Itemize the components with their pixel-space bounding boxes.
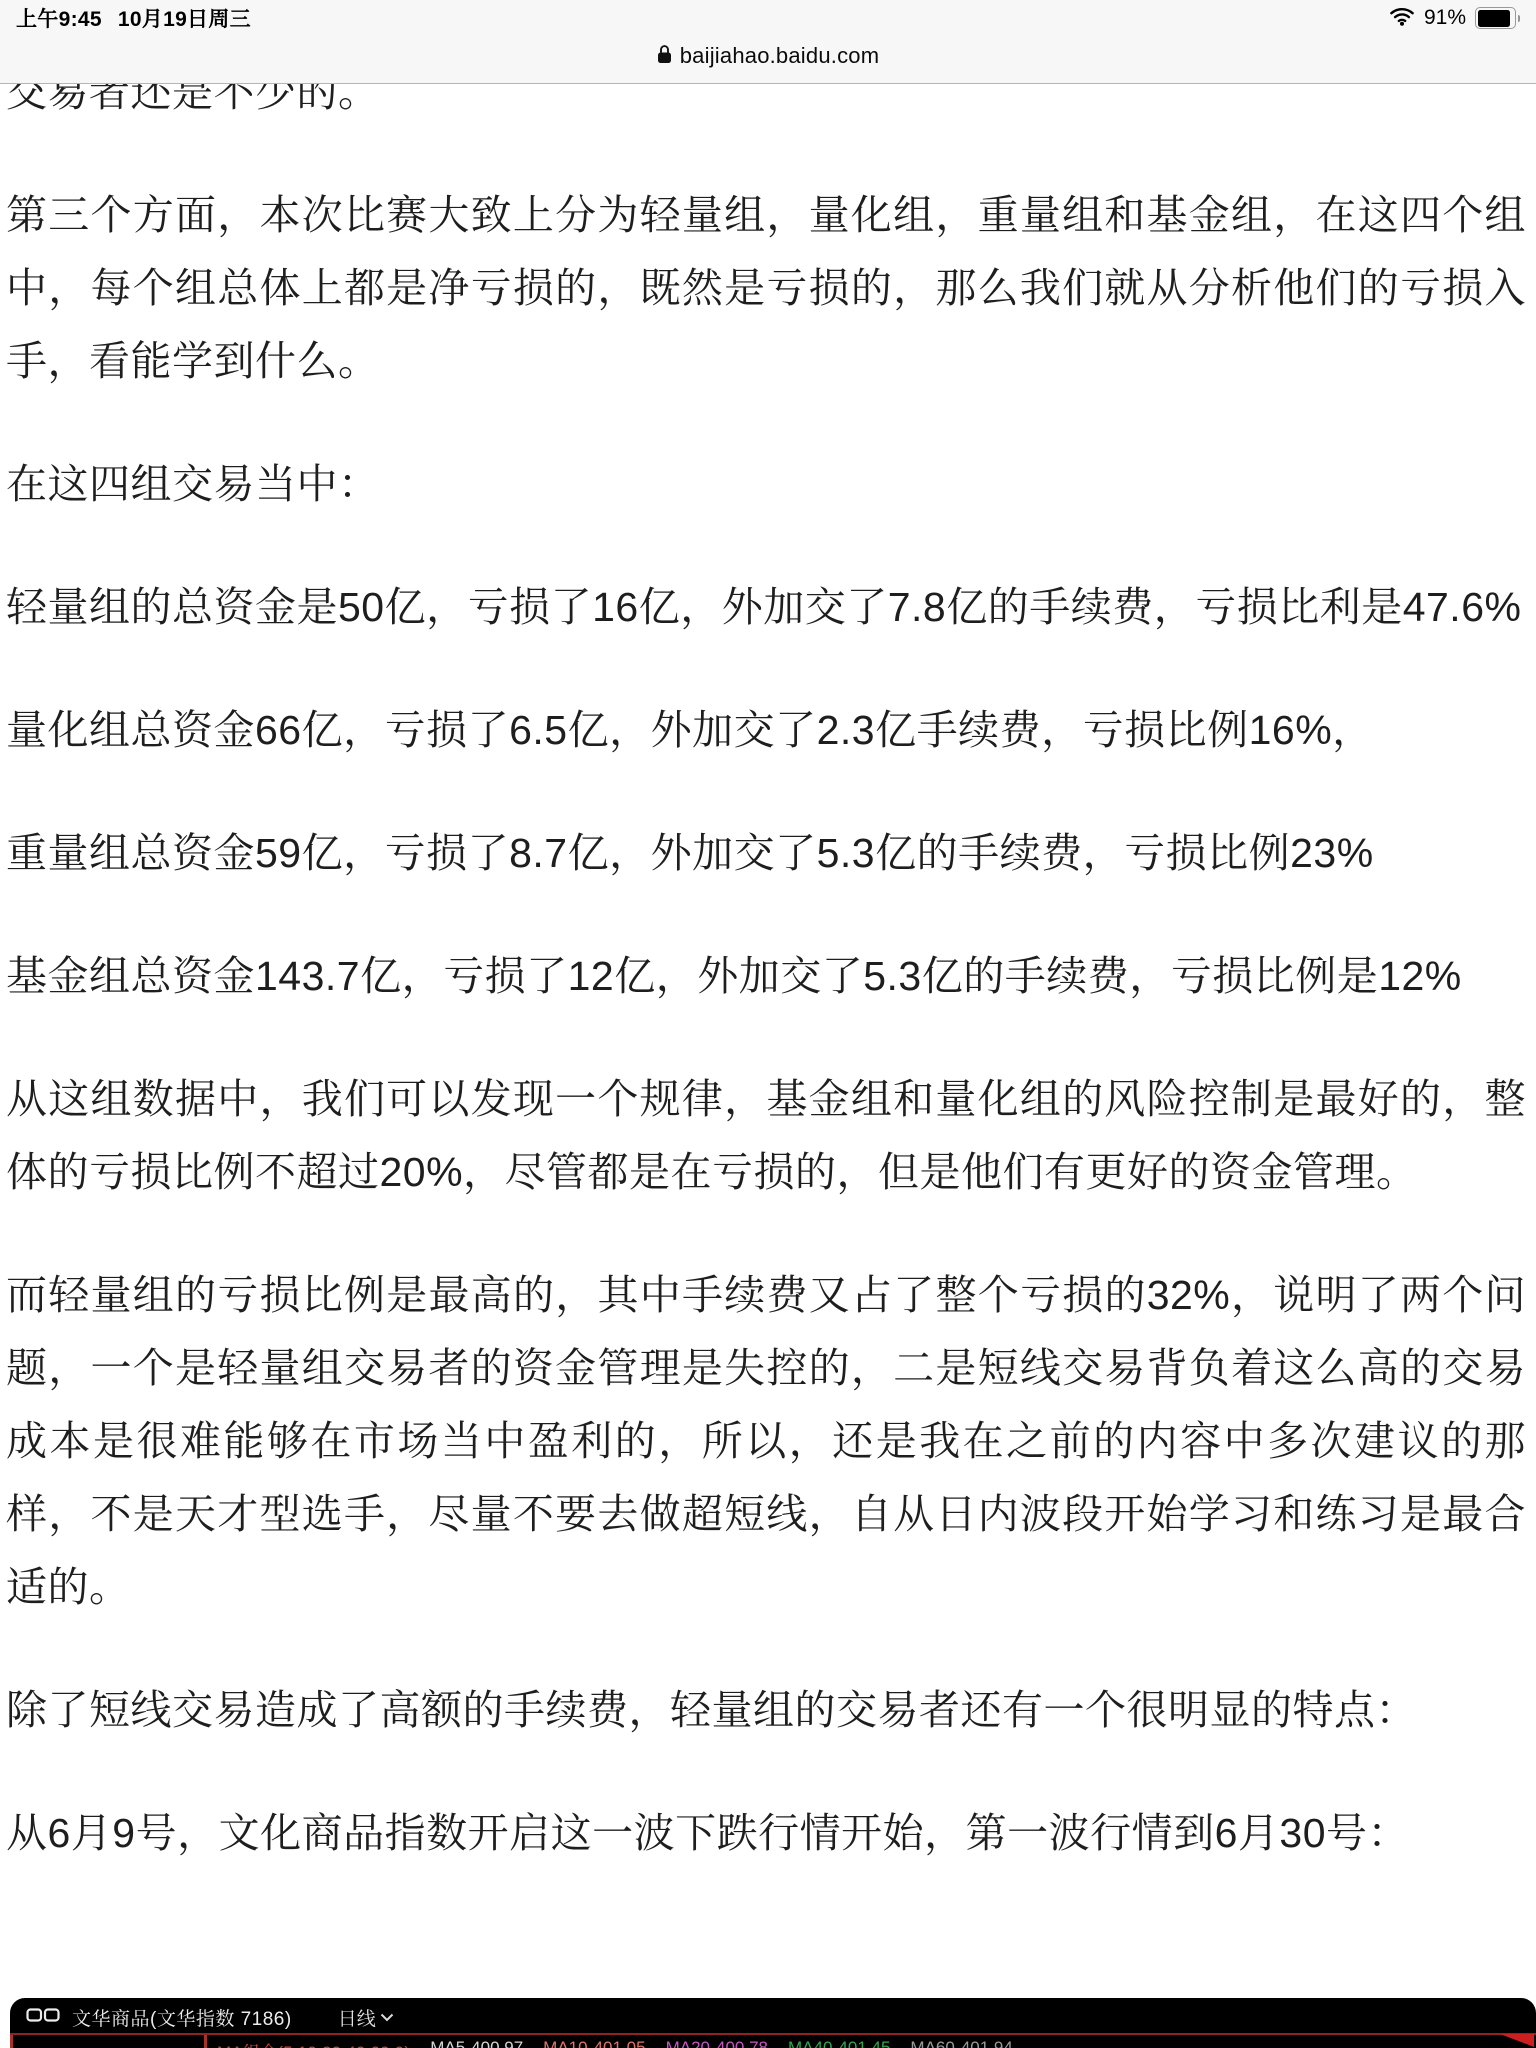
article-paragraph: 除了短线交易造成了高额的手续费，轻量组的交易者还有一个很明显的特点： xyxy=(6,1674,1526,1747)
safari-browser-page: 上午9:45 10月19日周三 91% xyxy=(0,0,1536,2048)
wifi-icon xyxy=(1389,6,1415,31)
ma-value: MA5400.97 xyxy=(430,2038,523,2048)
status-bar: 上午9:45 10月19日周三 91% xyxy=(0,0,1536,30)
chart-instrument-title: 文华商品(文华指数 7186) xyxy=(72,2004,292,2031)
link-icon xyxy=(26,2007,60,2028)
chart-period-selector: 日线 xyxy=(338,2004,394,2031)
chart-ma-row: MA组合(5,10,20,40,60,0) MA5400.97 MA10401.… xyxy=(10,2035,1536,2048)
article-body: 交易者还是不少的。 第三个方面，本次比赛大致上分为轻量组，量化组，重量组和基金组… xyxy=(0,0,1536,1920)
url-bar[interactable]: baijiahao.baidu.com xyxy=(0,30,1536,82)
article-paragraph: 第三个方面，本次比赛大致上分为轻量组，量化组，重量组和基金组，在这四个组中，每个… xyxy=(6,179,1526,398)
browser-chrome: 上午9:45 10月19日周三 91% xyxy=(0,0,1536,84)
status-date: 10月19日周三 xyxy=(118,3,251,33)
article-paragraph: 基金组总资金143.7亿，亏损了12亿，外加交了5.3亿的手续费，亏损比例是12… xyxy=(6,940,1526,1013)
article-paragraph: 从这组数据中，我们可以发现一个规律，基金组和量化组的风险控制是最好的，整体的亏损… xyxy=(6,1063,1526,1209)
lock-icon xyxy=(657,44,672,69)
battery-icon xyxy=(1475,7,1520,29)
chart-widget-image[interactable]: 文华商品(文华指数 7186) 日线 MA组合(5,10,20,40,60,0)… xyxy=(10,1998,1536,2048)
article-paragraph: 量化组总资金66亿，亏损了6.5亿，外加交了2.3亿手续费，亏损比例16%， xyxy=(6,694,1526,767)
article-paragraph: 重量组总资金59亿，亏损了8.7亿，外加交了5.3亿的手续费，亏损比例23% xyxy=(6,817,1526,890)
ma-value: MA40401.45 xyxy=(788,2038,890,2048)
chart-period-label: 日线 xyxy=(338,2004,376,2031)
chart-title-row: 文华商品(文华指数 7186) 日线 xyxy=(10,1998,1536,2033)
chevron-down-icon xyxy=(380,2006,394,2028)
ma-value: MA10401.05 xyxy=(543,2038,645,2048)
article-paragraph: 从6月9号，文化商品指数开启这一波下跌行情开始，第一波行情到6月30号： xyxy=(6,1797,1526,1870)
ma-group-label: MA组合(5,10,20,40,60,0) xyxy=(217,2038,410,2048)
article-paragraph: 轻量组的总资金是50亿，亏损了16亿，外加交了7.8亿的手续费，亏损比利是47.… xyxy=(6,571,1526,644)
battery-fill xyxy=(1478,10,1511,27)
battery-percent-text: 91% xyxy=(1424,6,1466,30)
ma-value: MA20400.78 xyxy=(666,2038,768,2048)
url-domain: baijiahao.baidu.com xyxy=(680,43,880,69)
status-time: 上午9:45 xyxy=(16,3,102,33)
article-paragraph: 在这四组交易当中： xyxy=(6,448,1526,521)
article-paragraph: 而轻量组的亏损比例是最高的，其中手续费又占了整个亏损的32%，说明了两个问题，一… xyxy=(6,1259,1526,1624)
ma-value: MA60401.94 xyxy=(910,2038,1012,2048)
